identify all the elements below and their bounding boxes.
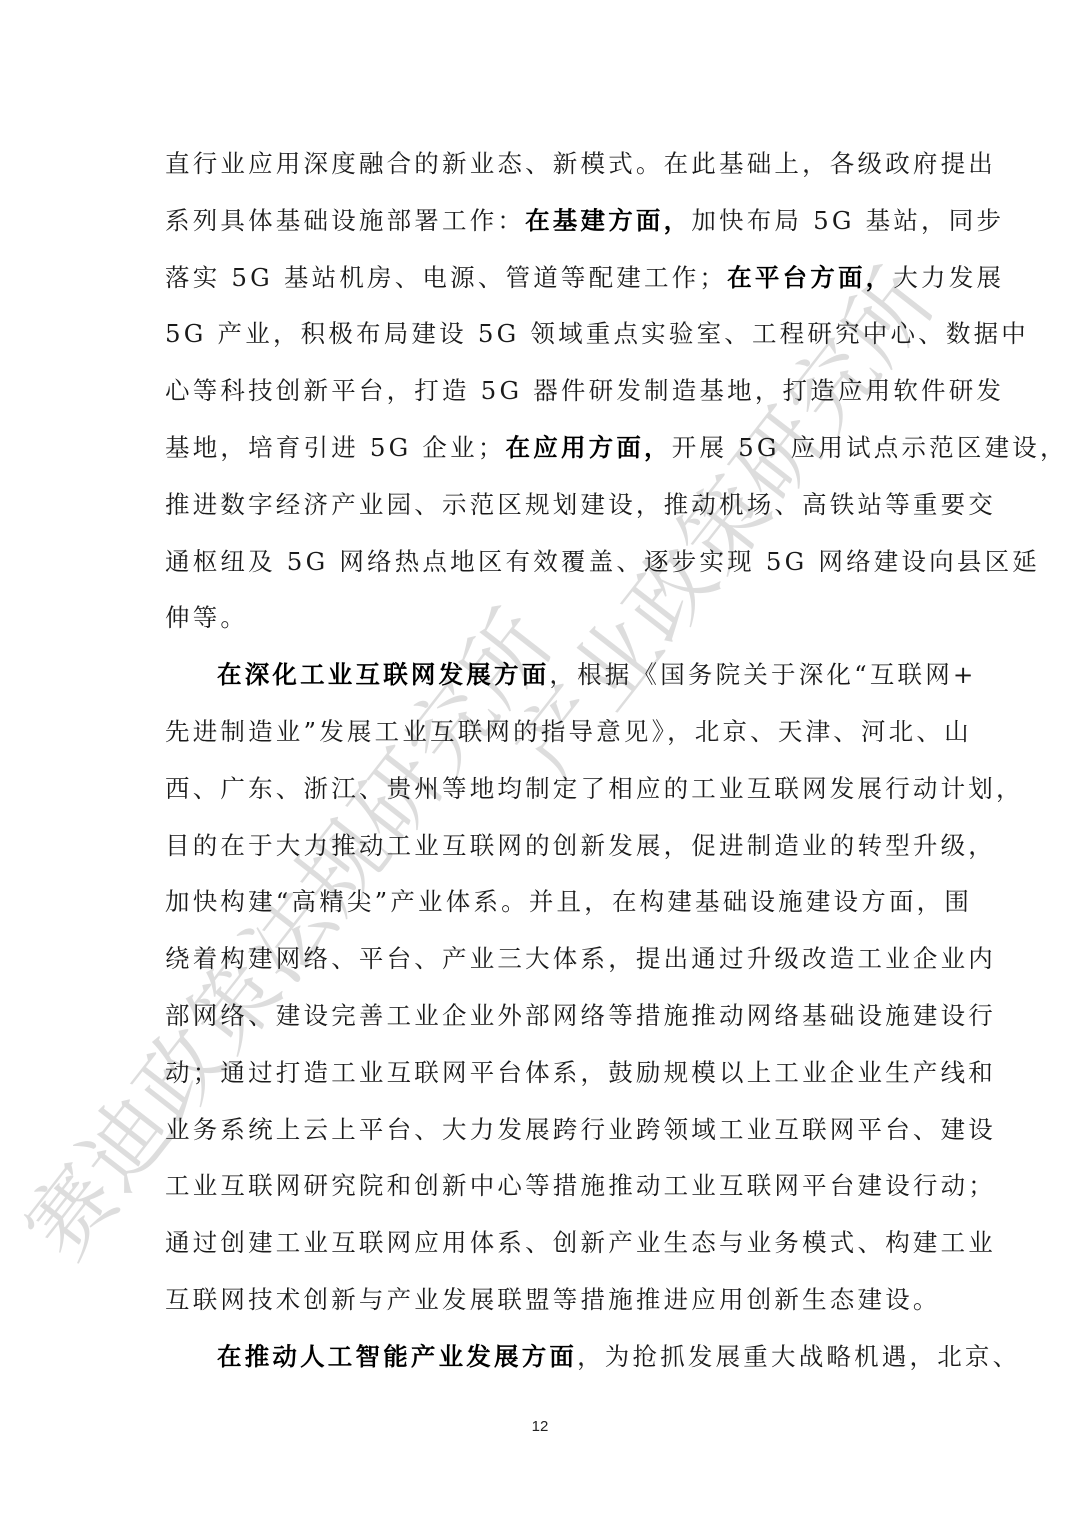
- text-segment: 通枢纽及 5G 网络热点地区有效覆盖、逐步实现 5G 网络建设向县区延: [165, 547, 1040, 576]
- text-segment: 先进制造业”发展工业互联网的指导意见》，北京、天津、河北、山: [165, 717, 972, 746]
- text-segment: 开展 5G 应用试点示范区建设，: [672, 433, 1068, 462]
- text-segment: 基地，培育引进 5G 企业；: [165, 433, 506, 462]
- text-segment: 通过创建工业互联网应用体系、创新产业生态与业务模式、构建工业: [165, 1228, 996, 1257]
- text-segment: 西、广东、浙江、贵州等地均制定了相应的工业互联网发展行动计划，: [165, 774, 1024, 803]
- page-number: 12: [0, 1418, 1080, 1435]
- text-line: 绕着构建网络、平台、产业三大体系，提出通过升级改造工业企业内: [165, 931, 917, 988]
- text-line: 工业互联网研究院和创新中心等措施推动工业互联网平台建设行动；: [165, 1158, 917, 1215]
- text-line: 基地，培育引进 5G 企业；在应用方面，开展 5G 应用试点示范区建设，: [165, 420, 917, 477]
- text-line: 目的在于大力推动工业互联网的创新发展，促进制造业的转型升级，: [165, 818, 917, 875]
- text-line: 伸等。: [165, 590, 917, 647]
- text-line: 先进制造业”发展工业互联网的指导意见》，北京、天津、河北、山: [165, 704, 917, 761]
- text-segment: 系列具体基础设施部署工作：: [165, 206, 525, 235]
- text-line: 加快构建“高精尖”产业体系。并且，在构建基础设施建设方面，围: [165, 874, 917, 931]
- bold-heading-phrase: 在基建方面，: [525, 206, 691, 235]
- text-line: 在推动人工智能产业发展方面，为抢抓发展重大战略机遇，北京、: [165, 1329, 917, 1386]
- text-line: 在深化工业互联网发展方面，根据《国务院关于深化“互联网+: [165, 647, 917, 704]
- text-line: 通枢纽及 5G 网络热点地区有效覆盖、逐步实现 5G 网络建设向县区延: [165, 534, 917, 591]
- text-segment: 部网络、建设完善工业企业外部网络等措施推动网络基础设施建设行: [165, 1001, 996, 1030]
- text-line: 动；通过打造工业互联网平台体系，鼓励规模以上工业企业生产线和: [165, 1045, 917, 1102]
- text-line: 西、广东、浙江、贵州等地均制定了相应的工业互联网发展行动计划，: [165, 761, 917, 818]
- text-segment: 目的在于大力推动工业互联网的创新发展，促进制造业的转型升级，: [165, 831, 996, 860]
- text-segment: 加快构建“高精尖”产业体系。并且，在构建基础设施建设方面，围: [165, 887, 972, 916]
- text-segment: 绕着构建网络、平台、产业三大体系，提出通过升级改造工业企业内: [165, 944, 996, 973]
- bold-heading-phrase: 在深化工业互联网发展方面: [217, 660, 549, 689]
- text-segment: 心等科技创新平台，打造 5G 器件研发制造基地，打造应用软件研发: [165, 376, 1004, 405]
- text-line: 通过创建工业互联网应用体系、创新产业生态与业务模式、构建工业: [165, 1215, 917, 1272]
- body-text: 直行业应用深度融合的新业态、新模式。在此基础上，各级政府提出系列具体基础设施部署…: [165, 136, 917, 1386]
- bold-heading-phrase: 在平台方面，: [727, 263, 893, 292]
- text-segment: 互联网技术创新与产业发展联盟等措施推进应用创新生态建设。: [165, 1285, 941, 1314]
- text-line: 5G 产业，积极布局建设 5G 领域重点实验室、工程研究中心、数据中: [165, 306, 917, 363]
- text-segment: 动；通过打造工业互联网平台体系，鼓励规模以上工业企业生产线和: [165, 1058, 996, 1087]
- text-segment: 加快布局 5G 基站，同步: [691, 206, 1004, 235]
- text-segment: 5G 产业，积极布局建设 5G 领域重点实验室、工程研究中心、数据中: [165, 319, 1029, 348]
- text-segment: ，根据《国务院关于深化“互联网+: [549, 660, 976, 689]
- text-line: 互联网技术创新与产业发展联盟等措施推进应用创新生态建设。: [165, 1272, 917, 1329]
- bold-heading-phrase: 在应用方面，: [506, 433, 672, 462]
- document-page: 赛迪政策法规研究所 产业政策研究所 直行业应用深度融合的新业态、新模式。在此基础…: [0, 0, 1080, 1527]
- bold-heading-phrase: 在推动人工智能产业发展方面: [217, 1342, 577, 1371]
- text-segment: 伸等。: [165, 603, 248, 632]
- text-segment: 直行业应用深度融合的新业态、新模式。在此基础上，各级政府提出: [165, 149, 996, 178]
- text-line: 直行业应用深度融合的新业态、新模式。在此基础上，各级政府提出: [165, 136, 917, 193]
- text-segment: 落实 5G 基站机房、电源、管道等配建工作；: [165, 263, 727, 292]
- text-segment: ，为抢抓发展重大战略机遇，北京、: [577, 1342, 1020, 1371]
- text-segment: 推进数字经济产业园、示范区规划建设，推动机场、高铁站等重要交: [165, 490, 996, 519]
- text-line: 落实 5G 基站机房、电源、管道等配建工作；在平台方面，大力发展: [165, 250, 917, 307]
- text-line: 推进数字经济产业园、示范区规划建设，推动机场、高铁站等重要交: [165, 477, 917, 534]
- text-line: 部网络、建设完善工业企业外部网络等措施推动网络基础设施建设行: [165, 988, 917, 1045]
- text-line: 业务系统上云上平台、大力发展跨行业跨领域工业互联网平台、建设: [165, 1102, 917, 1159]
- text-segment: 业务系统上云上平台、大力发展跨行业跨领域工业互联网平台、建设: [165, 1115, 996, 1144]
- text-segment: 工业互联网研究院和创新中心等措施推动工业互联网平台建设行动；: [165, 1171, 996, 1200]
- text-segment: 大力发展: [893, 263, 1004, 292]
- text-line: 系列具体基础设施部署工作：在基建方面，加快布局 5G 基站，同步: [165, 193, 917, 250]
- text-line: 心等科技创新平台，打造 5G 器件研发制造基地，打造应用软件研发: [165, 363, 917, 420]
